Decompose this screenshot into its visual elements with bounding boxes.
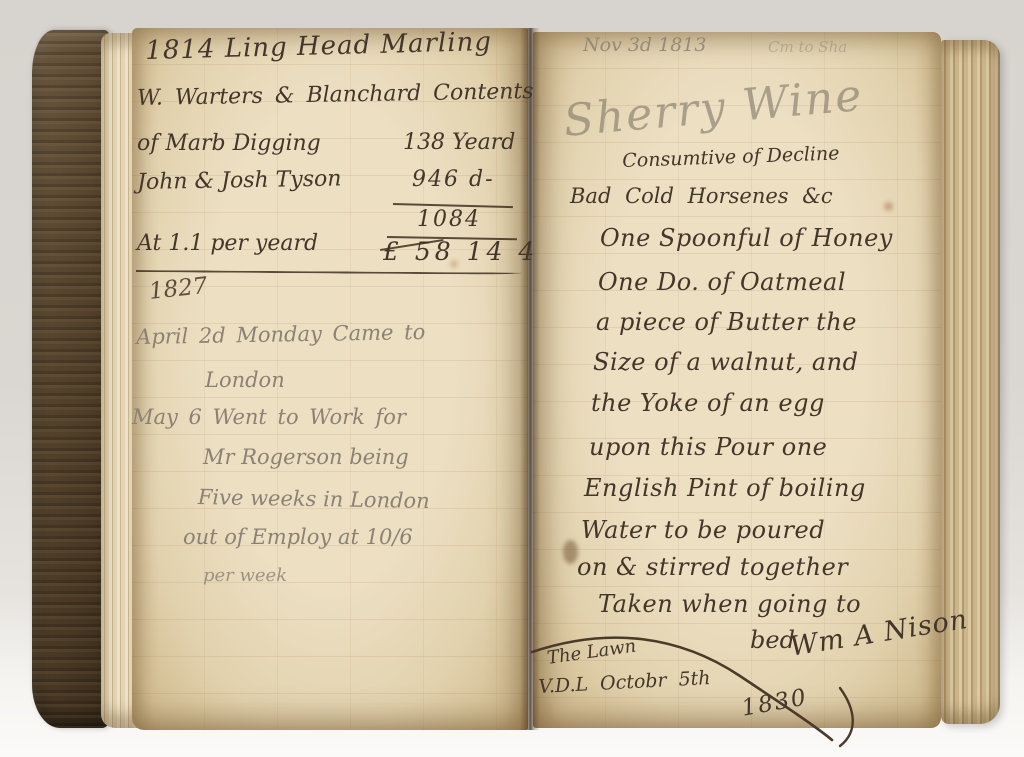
entry-nov-3-1813: Nov 3d 1813 (583, 36, 706, 55)
ink-stain (563, 540, 578, 564)
entry-out-of-employ: out of Employ at 10/6 (183, 527, 413, 548)
recipe-line-egg-yolk: the Yoke of an egg (591, 391, 825, 415)
entry-five-weeks: Five weeks in London (198, 487, 430, 512)
entry-rogerson: Mr Rogerson being (203, 447, 409, 468)
entry-may-6-work: May 6 Went to Work for (132, 407, 406, 428)
entry-per-week: per week (203, 567, 287, 585)
recipe-line-taken: Taken when going to (598, 592, 861, 616)
recipe-line-honey: One Spoonful of Honey (600, 226, 893, 250)
entry-london: London (205, 370, 285, 391)
value-946: 946 d- (412, 169, 495, 191)
recipe-line-butter: a piece of Butter the (596, 310, 857, 334)
recipe-line-walnut: Size of a walnut, and (593, 350, 858, 374)
value-total-58-14-4: £ 58 14 4 (383, 239, 538, 264)
entry-faint-note: Cm to Sha (768, 40, 847, 55)
entry-1827-year: 1827 (148, 275, 209, 304)
recipe-line-pint-boiling: English Pint of boiling (584, 476, 866, 500)
recipe-line-pour: upon this Pour one (589, 435, 827, 459)
entry-rate-per-yard: At 1.1 per yeard (137, 233, 318, 255)
fox-spot (884, 202, 893, 211)
value-1084-total: 1084 (417, 209, 481, 231)
signature-flourish (520, 618, 865, 753)
photo-backdrop: 1814 Ling Head Marling W. Warters & Blan… (0, 0, 1024, 757)
recipe-line-water-poured: Water to be poured (581, 518, 825, 542)
recipe-line-stirred: on & stirred together (577, 555, 848, 579)
entry-april-2-monday: April 2d Monday Came to (136, 322, 425, 348)
book-spine-leather (32, 30, 110, 728)
entry-marb-digging: of Marb Digging (137, 133, 321, 155)
entry-tyson: John & Josh Tyson (137, 168, 342, 194)
value-138-yards: 138 Yeard (403, 132, 515, 154)
recipe-line-oatmeal: One Do. of Oatmeal (598, 270, 846, 294)
recipe-ailments: Bad Cold Horsenes &c (570, 186, 833, 207)
